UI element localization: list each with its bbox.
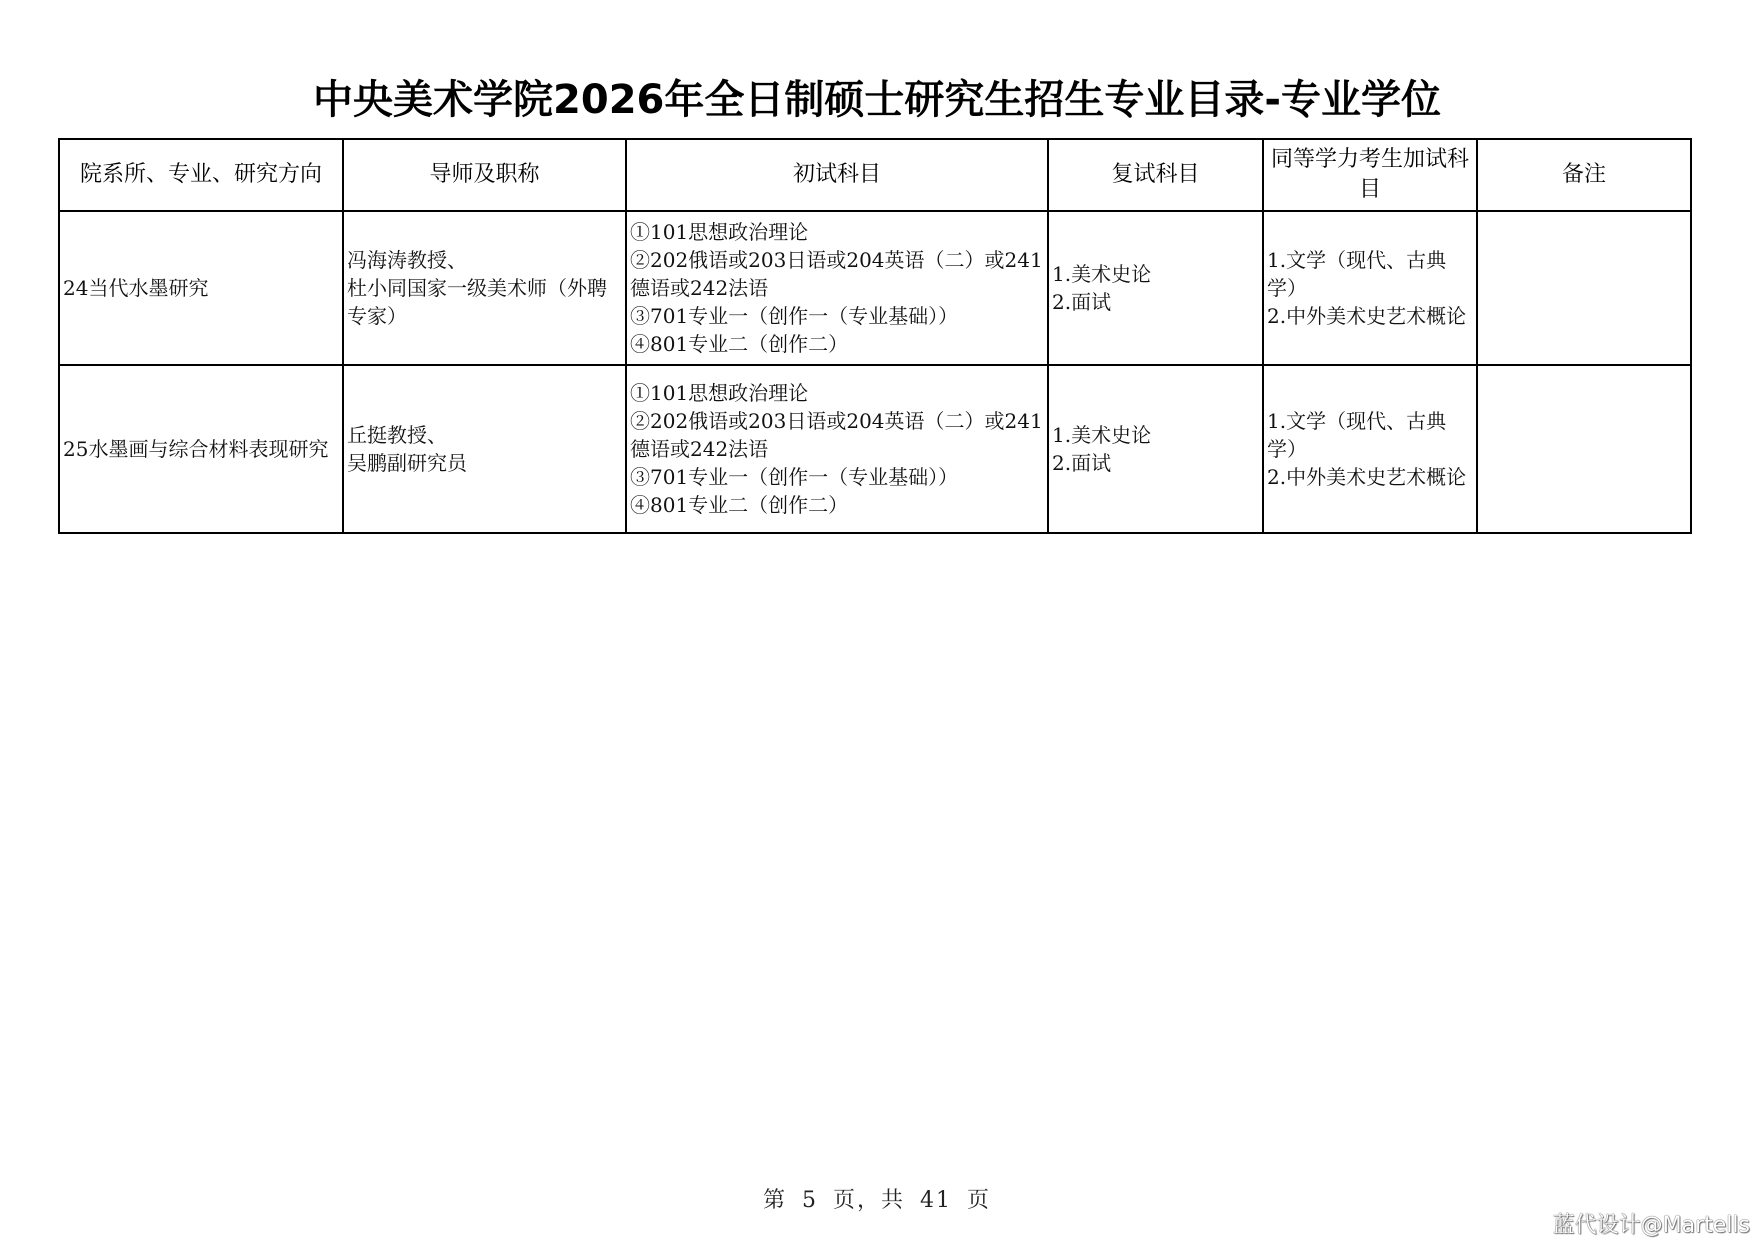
cell-equivalent-extra: 1.文学（现代、古典学） 2.中外美术史艺术概论 <box>1263 365 1477 533</box>
exam-line: ②202俄语或203日语或204英语（二）或241德语或242法语 <box>630 246 1044 302</box>
program-catalog-table: 院系所、专业、研究方向 导师及职称 初试科目 复试科目 同等学力考生加试科目 备… <box>58 138 1692 534</box>
exam-line: ④801专业二（创作二） <box>630 491 1044 519</box>
cell-initial-exam: ①101思想政治理论 ②202俄语或203日语或204英语（二）或241德语或2… <box>626 365 1048 533</box>
extra-line: 2.中外美术史艺术概论 <box>1267 302 1473 330</box>
extra-line: 1.文学（现代、古典学） <box>1267 246 1473 302</box>
header-retest: 复试科目 <box>1048 139 1263 211</box>
header-advisors: 导师及职称 <box>343 139 626 211</box>
table-row: 24当代水墨研究 冯海涛教授、 杜小同国家一级美术师（外聘专家） ①101思想政… <box>59 211 1691 365</box>
table-row: 25水墨画与综合材料表现研究 丘挺教授、 吴鹏副研究员 ①101思想政治理论 ②… <box>59 365 1691 533</box>
cell-equivalent-extra: 1.文学（现代、古典学） 2.中外美术史艺术概论 <box>1263 211 1477 365</box>
cell-direction: 25水墨画与综合材料表现研究 <box>59 365 343 533</box>
cell-initial-exam: ①101思想政治理论 ②202俄语或203日语或204英语（二）或241德语或2… <box>626 211 1048 365</box>
extra-line: 1.文学（现代、古典学） <box>1267 407 1473 463</box>
exam-line: ①101思想政治理论 <box>630 218 1044 246</box>
advisor-line: 丘挺教授、 <box>347 421 622 449</box>
retest-line: 1.美术史论 <box>1052 421 1259 449</box>
retest-line: 1.美术史论 <box>1052 260 1259 288</box>
advisor-line: 杜小同国家一级美术师（外聘专家） <box>347 274 622 330</box>
extra-line: 2.中外美术史艺术概论 <box>1267 463 1473 491</box>
cell-remarks <box>1477 365 1691 533</box>
cell-retest: 1.美术史论 2.面试 <box>1048 365 1263 533</box>
cell-advisors: 冯海涛教授、 杜小同国家一级美术师（外聘专家） <box>343 211 626 365</box>
direction-text: 25水墨画与综合材料表现研究 <box>63 435 339 463</box>
watermark: 蓝代设计@Martells <box>1553 1208 1750 1239</box>
cell-direction: 24当代水墨研究 <box>59 211 343 365</box>
cell-retest: 1.美术史论 2.面试 <box>1048 211 1263 365</box>
exam-line: ④801专业二（创作二） <box>630 330 1044 358</box>
exam-line: ①101思想政治理论 <box>630 379 1044 407</box>
cell-remarks <box>1477 211 1691 365</box>
direction-text: 24当代水墨研究 <box>63 274 339 302</box>
retest-line: 2.面试 <box>1052 449 1259 477</box>
cell-advisors: 丘挺教授、 吴鹏副研究员 <box>343 365 626 533</box>
advisor-line: 吴鹏副研究员 <box>347 449 622 477</box>
exam-line: ③701专业一（创作一（专业基础）） <box>630 302 1044 330</box>
header-equivalent-extra: 同等学力考生加试科目 <box>1263 139 1477 211</box>
header-remarks: 备注 <box>1477 139 1691 211</box>
exam-line: ③701专业一（创作一（专业基础）） <box>630 463 1044 491</box>
exam-line: ②202俄语或203日语或204英语（二）或241德语或242法语 <box>630 407 1044 463</box>
table-header-row: 院系所、专业、研究方向 导师及职称 初试科目 复试科目 同等学力考生加试科目 备… <box>59 139 1691 211</box>
header-initial-exam: 初试科目 <box>626 139 1048 211</box>
retest-line: 2.面试 <box>1052 288 1259 316</box>
advisor-line: 冯海涛教授、 <box>347 246 622 274</box>
header-direction: 院系所、专业、研究方向 <box>59 139 343 211</box>
document-title: 中央美术学院2026年全日制硕士研究生招生专业目录-专业学位 <box>0 72 1754 128</box>
page-indicator: 第 5 页，共 41 页 <box>0 1183 1754 1214</box>
